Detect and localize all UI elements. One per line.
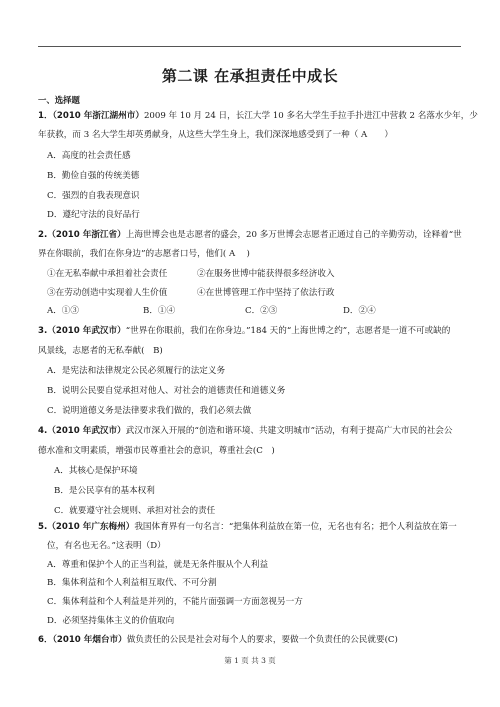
question-1-source: 1．（2010 年浙江湖州市） (38, 111, 144, 121)
question-1-option-a: A．高度的社会责任感 (47, 150, 131, 162)
question-6-line-1: 6．（2010 年烟台市）做负责任的公民是社会对每个人的要求，要做一个负责任的公… (38, 634, 398, 646)
question-4-text: 武汉市深入开展的“创造和谐环境、共建文明城市”活动，有利于提高广大市民的社会公 (126, 426, 453, 436)
question-3-text: “世界在你眼前，我们在你身边。”184 天的“上海世博之约”，志愿者是一道不可或… (126, 326, 451, 336)
question-4-line-2: 德水准和文明素质，增强市民尊重社会的意识，尊重社会(C ) (38, 445, 275, 457)
question-6-text: 做负责任的公民是社会对每个人的要求，要做一个负责任的公民就要(C) (127, 635, 398, 645)
question-2-statement-4: ④在世博管理工作中坚持了依法行政 (197, 287, 335, 299)
question-2-statement-2: ②在服务世博中能获得很多经济收入 (197, 268, 335, 280)
question-1-option-b: B．勤俭自强的传统美德 (47, 170, 139, 182)
question-2-option-a: A．①③ (47, 305, 79, 317)
question-5-option-c: C．集体利益和个人利益是并列的，不能片面强调一方面忽视另一方 (47, 596, 303, 608)
question-5-option-d: D．必须坚持集体主义的价值取向 (47, 615, 174, 627)
page-title: 第二课 在承担责任中成长 (0, 65, 500, 86)
question-1-option-c: C．强烈的自我表现意识 (47, 190, 140, 202)
question-3-option-c: C．说明道德义务是法律要求我们做的，我们必须去做 (47, 405, 251, 417)
question-5-text: 我国体育界有一句名言：“把集体利益放在第一位，无名也有名；把个人利益放在第一 (134, 522, 456, 532)
question-2-text: 上海世博会也是志愿者的盛会，20 多万世博会志愿者正通过自己的辛勤劳动，诠释着“… (126, 230, 462, 240)
question-2-line-2: 界在你眼前，我们在你身边”的志愿者口号，他们( A ) (38, 248, 250, 260)
question-3-option-b: B．说明公民要自觉承担对他人、对社会的道德责任和道德义务 (47, 385, 285, 397)
question-2-option-c: C．②③ (245, 305, 277, 317)
question-5-option-b: B．集体利益和个人利益相互取代、不可分割 (47, 577, 217, 589)
question-2-statement-1: ①在无私奉献中承担着社会责任 (47, 268, 167, 280)
question-3-line-2: 风景线，志愿者的无私奉献( B) (38, 345, 163, 357)
question-4-line-1: 4.（2010 年武汉市）武汉市深入开展的“创造和谐环境、共建文明城市”活动，有… (38, 425, 452, 437)
question-4-option-c: C．就要遵守社会规则、承担对社会的责任 (54, 505, 215, 517)
question-1-text: 2009 年 10 月 24 日，长江大学 10 多名大学生手拉手扑进江中营救 … (144, 111, 478, 121)
question-5-line-1: 5.（2010 年广东梅州）我国体育界有一句名言：“把集体利益放在第一位，无名也… (38, 521, 457, 533)
question-4-option-a: A．其核心是保护环境 (54, 465, 138, 477)
question-3-line-1: 3.（2010 年武汉市）“世界在你眼前，我们在你身边。”184 天的“上海世博… (38, 325, 450, 337)
page-footer: 第 1 页 共 3 页 (0, 655, 500, 666)
question-2-source: 2.（2010 年浙江省） (38, 230, 126, 240)
header-rule (38, 46, 461, 47)
section-heading: 一、选择题 (38, 94, 80, 106)
question-5-line-2: 位，有名也无名。”这表明（D） (47, 540, 166, 552)
question-1-line-2: 年获救，而 3 名大学生却英勇献身，从这些大学生身上，我们深深地感受到了一种（ … (38, 129, 393, 141)
question-2-statement-3: ③在劳动创造中实现着人生价值 (47, 287, 167, 299)
question-2-option-b: B．①④ (143, 305, 175, 317)
question-3-source: 3.（2010 年武汉市） (38, 326, 126, 336)
question-1-line-1: 1．（2010 年浙江湖州市）2009 年 10 月 24 日，长江大学 10 … (38, 110, 478, 122)
question-5-source: 5.（2010 年广东梅州） (38, 522, 134, 532)
question-2-option-d: D．②④ (343, 305, 376, 317)
question-4-source: 4.（2010 年武汉市） (38, 426, 126, 436)
question-1-option-d: D．遵纪守法的良好品行 (47, 209, 140, 221)
question-5-option-a: A．尊重和保护个人的正当利益，就是无条件服从个人利益 (47, 559, 268, 571)
question-2-line-1: 2.（2010 年浙江省）上海世博会也是志愿者的盛会，20 多万世博会志愿者正通… (38, 229, 462, 241)
question-6-source: 6．（2010 年烟台市） (38, 635, 127, 645)
question-3-option-a: A．是宪法和法律规定公民必须履行的法定义务 (47, 365, 225, 377)
question-4-option-b: B．是公民享有的基本权利 (54, 485, 155, 497)
